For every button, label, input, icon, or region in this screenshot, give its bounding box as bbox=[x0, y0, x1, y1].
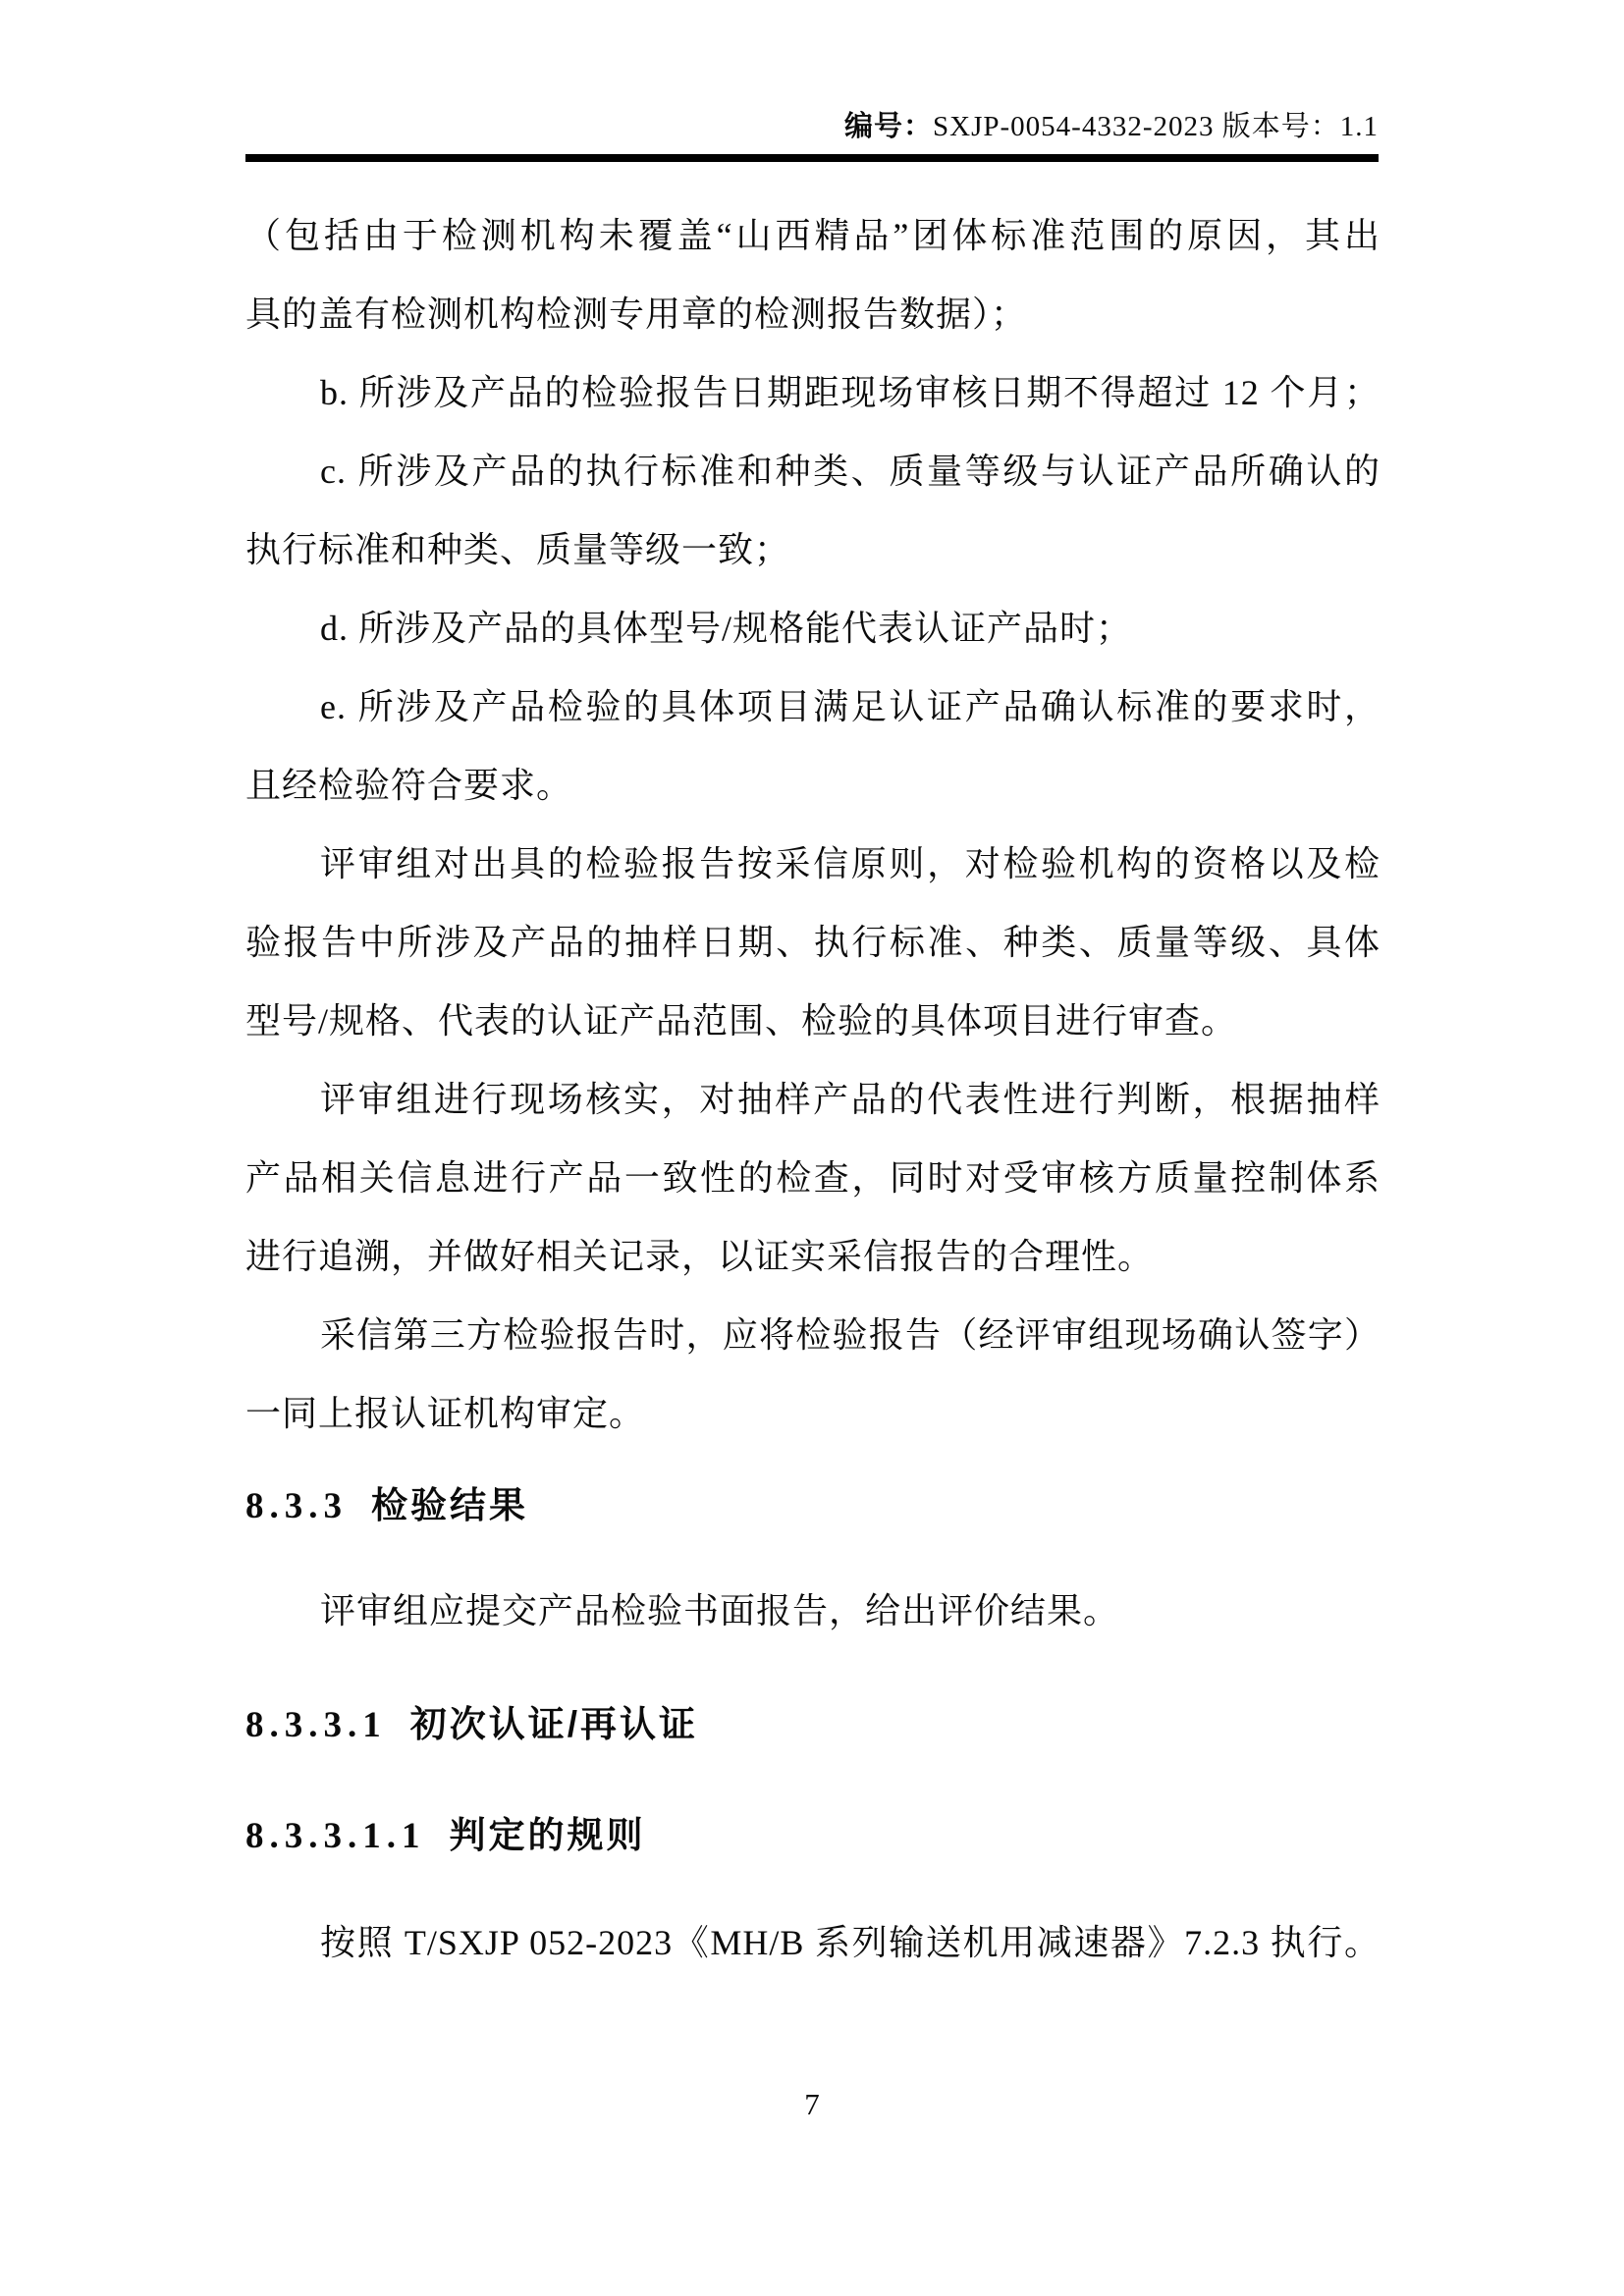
doc-number-value: SXJP-0054-4332-2023 版本号：1.1 bbox=[933, 111, 1379, 142]
text-line: 执行标准和种类、质量等级一致； bbox=[245, 510, 1380, 589]
paragraph-third-party: 采信第三方检验报告时，应将检验报告（经评审组现场确认签字） 一同上报认证机构审定… bbox=[245, 1296, 1380, 1453]
text-line: d. 所涉及产品的具体型号/规格能代表认证产品时； bbox=[245, 589, 1380, 667]
text-line: 具的盖有检测机构检测专用章的检测报告数据）； bbox=[245, 275, 1380, 353]
text-line: 采信第三方检验报告时，应将检验报告（经评审组现场确认签字） bbox=[245, 1296, 1380, 1374]
text-line: （包括由于检测机构未覆盖“山西精品”团体标准范围的原因，其出 bbox=[245, 196, 1380, 275]
text-line: 型号/规格、代表的认证产品范围、检验的具体项目进行审查。 bbox=[245, 982, 1380, 1060]
list-item-b: b. 所涉及产品的检验报告日期距现场审核日期不得超过 12 个月； bbox=[245, 353, 1380, 432]
text-line: e. 所涉及产品检验的具体项目满足认证产品确认标准的要求时， bbox=[245, 667, 1380, 746]
paragraph-execution-rule: 按照 T/SXJP 052-2023《MH/B 系列输送机用减速器》7.2.3 … bbox=[245, 1903, 1380, 1982]
text-line: 按照 T/SXJP 052-2023《MH/B 系列输送机用减速器》7.2.3 … bbox=[245, 1903, 1380, 1982]
heading-number: 8.3.3.1 bbox=[245, 1705, 387, 1745]
list-item-d: d. 所涉及产品的具体型号/规格能代表认证产品时； bbox=[245, 589, 1380, 667]
list-item-e: e. 所涉及产品检验的具体项目满足认证产品确认标准的要求时， 且经检验符合要求。 bbox=[245, 667, 1380, 825]
section-heading-8-3-3: 8.3.3检验结果 bbox=[245, 1467, 1380, 1546]
text-line: c. 所涉及产品的执行标准和种类、质量等级与认证产品所确认的 bbox=[245, 432, 1380, 510]
text-line: 评审组应提交产品检验书面报告，给出评价结果。 bbox=[245, 1572, 1380, 1650]
doc-number-label: 编号： bbox=[844, 111, 933, 142]
page-number: 7 bbox=[0, 2085, 1624, 2124]
document-body: （包括由于检测机构未覆盖“山西精品”团体标准范围的原因，其出 具的盖有检测机构检… bbox=[245, 196, 1380, 1982]
paragraph-submit-report: 评审组应提交产品检验书面报告，给出评价结果。 bbox=[245, 1572, 1380, 1650]
heading-text: 检验结果 bbox=[371, 1485, 528, 1525]
heading-number: 8.3.3 bbox=[245, 1486, 348, 1526]
section-heading-8-3-3-1: 8.3.3.1初次认证/再认证 bbox=[245, 1685, 1380, 1765]
paragraph-continuation: （包括由于检测机构未覆盖“山西精品”团体标准范围的原因，其出 具的盖有检测机构检… bbox=[245, 196, 1380, 353]
header-rule bbox=[245, 154, 1379, 162]
text-line: 产品相关信息进行产品一致性的检查，同时对受审核方质量控制体系 bbox=[245, 1139, 1380, 1217]
heading-text: 初次认证/再认证 bbox=[410, 1704, 698, 1744]
text-line: b. 所涉及产品的检验报告日期距现场审核日期不得超过 12 个月； bbox=[245, 353, 1380, 432]
text-line: 且经检验符合要求。 bbox=[245, 746, 1380, 825]
text-line: 一同上报认证机构审定。 bbox=[245, 1374, 1380, 1453]
document-page: 编号：SXJP-0054-4332-2023 版本号：1.1 （包括由于检测机构… bbox=[0, 0, 1624, 2296]
paragraph-onsite-verify: 评审组进行现场核实，对抽样产品的代表性进行判断，根据抽样 产品相关信息进行产品一… bbox=[245, 1060, 1380, 1296]
heading-number: 8.3.3.1.1 bbox=[245, 1816, 426, 1856]
text-line: 评审组进行现场核实，对抽样产品的代表性进行判断，根据抽样 bbox=[245, 1060, 1380, 1139]
list-item-c: c. 所涉及产品的执行标准和种类、质量等级与认证产品所确认的 执行标准和种类、质… bbox=[245, 432, 1380, 589]
section-heading-8-3-3-1-1: 8.3.3.1.1判定的规则 bbox=[245, 1796, 1380, 1876]
heading-text: 判定的规则 bbox=[450, 1815, 646, 1855]
page-header: 编号：SXJP-0054-4332-2023 版本号：1.1 bbox=[245, 106, 1379, 147]
text-line: 评审组对出具的检验报告按采信原则，对检验机构的资格以及检 bbox=[245, 825, 1380, 903]
text-line: 进行追溯，并做好相关记录，以证实采信报告的合理性。 bbox=[245, 1217, 1380, 1296]
paragraph-review-report: 评审组对出具的检验报告按采信原则，对检验机构的资格以及检 验报告中所涉及产品的抽… bbox=[245, 825, 1380, 1060]
text-line: 验报告中所涉及产品的抽样日期、执行标准、种类、质量等级、具体 bbox=[245, 903, 1380, 982]
